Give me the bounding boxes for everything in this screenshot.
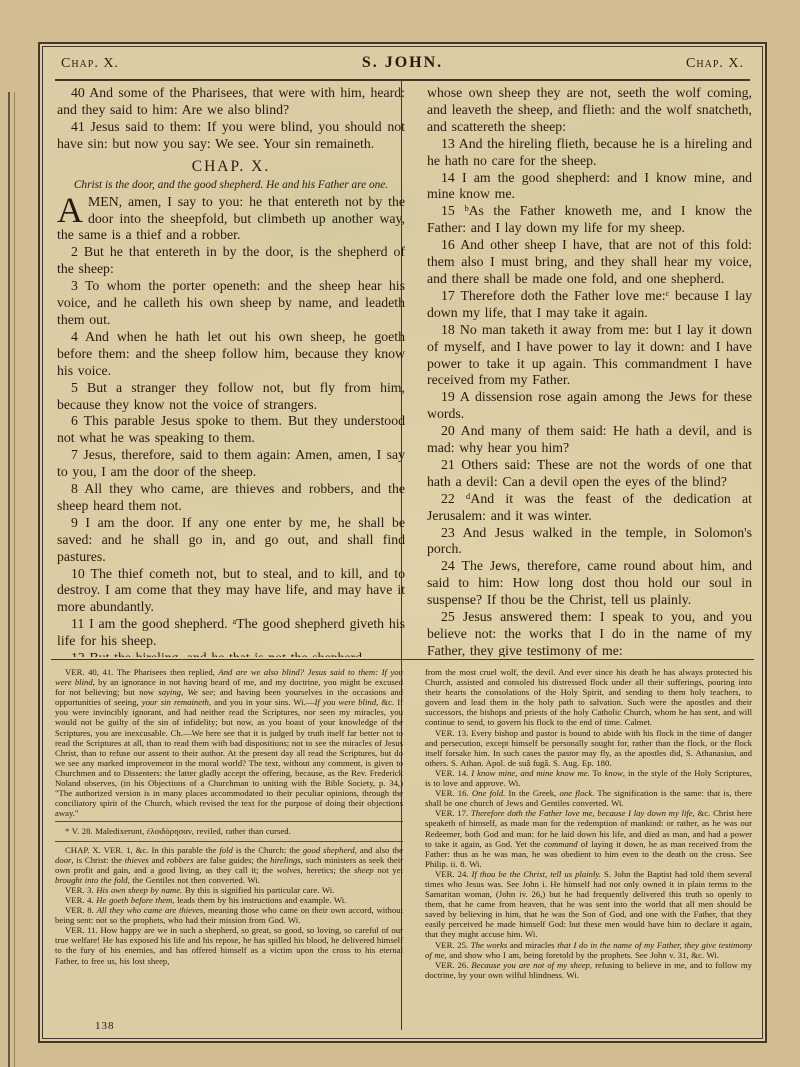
verse-1: AMEN, amen, I say to you: he that entere… xyxy=(57,194,405,245)
verse: 4 And when he hath let out his own sheep… xyxy=(57,329,405,380)
commentary-paragraph: VER. 13. Every bishop and pastor is boun… xyxy=(425,728,752,768)
verse: 18 No man taketh it away from me: but I … xyxy=(427,322,752,390)
chapter-summary: Christ is the door, and the good shepher… xyxy=(57,179,405,191)
verse: 5 But a stranger they follow not, but fl… xyxy=(57,380,405,414)
verse: 21 Others said: These are not the words … xyxy=(427,457,752,491)
verse-1-text: MEN, amen, I say to you: he that enteret… xyxy=(57,194,405,243)
commentary-paragraph: CHAP. X. VER. 1, &c. In this parable the… xyxy=(55,845,403,885)
commentary-separator-rule xyxy=(51,659,754,660)
commentary-paragraph: VER. 3. His own sheep by name. By this i… xyxy=(55,885,403,895)
commentary-column-left: VER. 40, 41. The Pharisees then replied,… xyxy=(49,664,413,1026)
header-chapter-right: Chap. X. xyxy=(686,56,744,72)
commentary-paragraph: VER. 26. Because you are not of my sheep… xyxy=(425,960,752,980)
commentary-column-right: from the most cruel wolf, the devil. And… xyxy=(413,664,756,1026)
verse: 24 The Jews, therefore, came round about… xyxy=(427,558,752,609)
verse: 22 ᵈAnd it was the feast of the dedicati… xyxy=(427,491,752,525)
verse: 17 Therefore doth the Father love me:ᶜ b… xyxy=(427,288,752,322)
verse: 14 I am the good shepherd: and I know mi… xyxy=(427,170,752,204)
verse: 11 I am the good shepherd. ᵃThe good she… xyxy=(57,616,405,650)
dropcap-letter: A xyxy=(57,194,88,225)
running-header: Chap. X. S. JOHN. Chap. X. xyxy=(55,52,750,81)
verse: 12 But the hireling, and he that is not … xyxy=(57,650,405,657)
verse: 40 And some of the Pharisees, that were … xyxy=(57,85,405,119)
commentary-paragraph: VER. 16. One fold. In the Greek, one flo… xyxy=(425,788,752,808)
verses-left: 2 But he that entereth in by the door, i… xyxy=(57,244,405,657)
commentary-section: VER. 40, 41. The Pharisees then replied,… xyxy=(49,664,756,1026)
scripture-column-left: 40 And some of the Pharisees, that were … xyxy=(49,85,415,657)
commentary-paragraph: VER. 17. Therefore doth the Father love … xyxy=(425,808,752,869)
verse: 16 And other sheep I have, that are not … xyxy=(427,237,752,288)
verse: 41 Jesus said to them: If you were blind… xyxy=(57,119,405,153)
verse: 6 This parable Jesus spoke to them. But … xyxy=(57,413,405,447)
chapter-heading: CHAP. X. xyxy=(57,158,405,176)
verses-ch9-end: 40 And some of the Pharisees, that were … xyxy=(57,85,405,153)
verse: 2 But he that entereth in by the door, i… xyxy=(57,244,405,278)
page-title: S. JOHN. xyxy=(55,54,750,72)
commentary-paragraph: VER. 24. If thou be the Christ, tell us … xyxy=(425,869,752,940)
commentary-paragraph: from the most cruel wolf, the devil. And… xyxy=(425,667,752,728)
verse: 23 And Jesus walked in the temple, in So… xyxy=(427,525,752,559)
commentary-paragraph: VER. 25. The works and miracles that I d… xyxy=(425,940,752,960)
verse: 10 The thief cometh not, but to steal, a… xyxy=(57,566,405,617)
commentary-paragraph: VER. 4. He goeth before them, leads them… xyxy=(55,895,403,905)
verse: 25 Jesus answered them: I speak to you, … xyxy=(427,609,752,657)
verse: 8 All they who came, are thieves and rob… xyxy=(57,481,405,515)
verse-12-continuation: whose own sheep they are not, seeth the … xyxy=(427,85,752,136)
verse: 9 I am the door. If any one enter by me,… xyxy=(57,515,405,566)
commentary-paragraph: VER. 14. I know mine, and mine know me. … xyxy=(425,768,752,788)
verse: 19 A dissension rose again among the Jew… xyxy=(427,389,752,423)
verses-right: 13 And the hireling flieth, because he i… xyxy=(427,136,752,657)
commentary-paragraph: * V. 28. Maledixerunt, ἐλοιδόρησαν, revi… xyxy=(55,821,403,841)
verse: 13 And the hireling flieth, because he i… xyxy=(427,136,752,170)
verse: 15 ᵇAs the Father knoweth me, and I know… xyxy=(427,203,752,237)
scripture-column-right: whose own sheep they are not, seeth the … xyxy=(415,85,756,657)
scripture-text: 40 And some of the Pharisees, that were … xyxy=(49,85,756,657)
verse: 7 Jesus, therefore, said to them again: … xyxy=(57,447,405,481)
page-number: 138 xyxy=(95,1020,115,1032)
page-frame: Chap. X. S. JOHN. Chap. X. 40 And some o… xyxy=(38,42,767,1043)
verse: 3 To whom the porter openeth: and the sh… xyxy=(57,278,405,329)
verse: 20 And many of them said: He hath a devi… xyxy=(427,423,752,457)
commentary-paragraph: VER. 40, 41. The Pharisees then replied,… xyxy=(55,667,403,818)
commentary-paragraph: VER. 11. How happy are we in such a shep… xyxy=(55,925,403,965)
book-gutter-edge xyxy=(8,92,15,1067)
commentary-paragraph: VER. 8. All they who came are thieves, m… xyxy=(55,905,403,925)
page-frame-inner-border: Chap. X. S. JOHN. Chap. X. 40 And some o… xyxy=(42,46,763,1039)
